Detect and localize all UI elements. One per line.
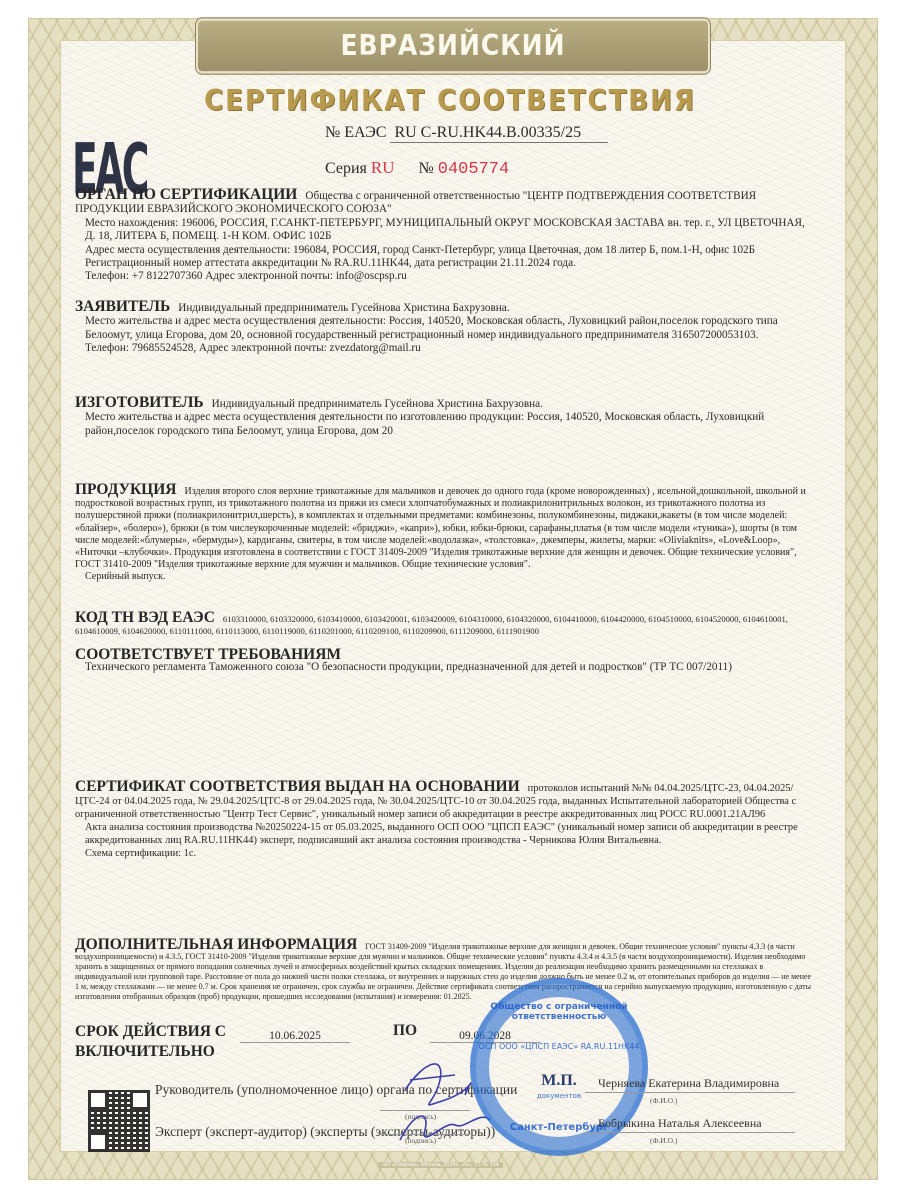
expert-name-line xyxy=(585,1132,795,1133)
certification-body-section: ОРГАН ПО СЕРТИФИКАЦИИОбщества с ограниче… xyxy=(75,188,815,284)
conformity-section: СООТВЕТСТВУЕТ ТРЕБОВАНИЯМ Технического р… xyxy=(75,648,815,675)
stamp-ring-text: Общество с ограниченной ответственностью xyxy=(476,1002,642,1022)
certification-body-accreditation: Регистрационный номер аттестата аккредит… xyxy=(75,257,815,270)
applicant-heading: ЗАЯВИТЕЛЬ xyxy=(75,298,170,315)
certificate-series: Серия RU № 0405774 xyxy=(325,158,509,179)
basis-production-analysis: Акта анализа состояния производства №202… xyxy=(75,821,815,847)
validity-date-from: 10.06.2025 xyxy=(240,1030,350,1043)
product-description: Изделия второго слоя верхние трикотажные… xyxy=(75,486,806,570)
validity-inclusive-label: ВКЛЮЧИТЕЛЬНО xyxy=(75,1042,226,1062)
applicant-section: ЗАЯВИТЕЛЬИндивидуальный предприниматель … xyxy=(75,300,815,356)
validity-period: СРОК ДЕЙСТВИЯ С ВКЛЮЧИТЕЛЬНО xyxy=(75,1022,226,1062)
expert-name-caption: (Ф.И.О.) xyxy=(650,1136,677,1145)
additional-info-section: ДОПОЛНИТЕЛЬНАЯ ИНФОРМАЦИЯГОСТ 31409-2009… xyxy=(75,940,815,1002)
head-name: Черняева Екатерина Владимировна xyxy=(598,1076,779,1091)
product-section: ПРОДУКЦИЯИзделия второго слоя верхние тр… xyxy=(75,484,815,584)
basis-section: СЕРТИФИКАТ СООТВЕТСТВИЯ ВЫДАН НА ОСНОВАН… xyxy=(75,780,815,860)
certification-body-contacts: Телефон: +7 8122707360 Адрес электронной… xyxy=(75,270,815,283)
head-name-line xyxy=(585,1092,795,1093)
hs-codes-heading: КОД ТН ВЭД ЕАЭС xyxy=(75,609,215,626)
series-label: Серия xyxy=(325,160,367,177)
product-release: Серийный выпуск. xyxy=(75,571,815,583)
blank-number-label: № xyxy=(419,160,434,177)
manufacturer-heading: ИЗГОТОВИТЕЛЬ xyxy=(75,394,204,411)
additional-info-heading: ДОПОЛНИТЕЛЬНАЯ ИНФОРМАЦИЯ xyxy=(75,936,357,953)
qr-code-icon[interactable] xyxy=(88,1090,150,1152)
manufacturer-address: Место жительства и адрес места осуществл… xyxy=(75,411,815,438)
certificate-title: СЕРТИФИКАТ СООТВЕТСТВИЯ xyxy=(0,85,900,118)
union-banner: ЕВРАЗИЙСКИЙ ЭКОНОМИЧЕСКИЙ СОЮЗ xyxy=(196,18,710,73)
certificate-number: № ЕАЭС RU C-RU.HK44.B.00335/25 xyxy=(325,124,608,143)
product-heading: ПРОДУКЦИЯ xyxy=(75,481,177,498)
applicant-address: Место жительства и адрес места осуществл… xyxy=(75,315,815,342)
conformity-text: Технического регламента Таможенного союз… xyxy=(75,661,815,674)
certification-body-heading: ОРГАН ПО СЕРТИФИКАЦИИ xyxy=(75,186,297,203)
printer-mark: АО «Опцион», Москва, 2020г., «Б», ТЗ № 3… xyxy=(378,1162,503,1168)
stamp-docs: документов xyxy=(476,1092,642,1100)
head-name-caption: (Ф.И.О.) xyxy=(650,1096,677,1105)
hs-codes-section: КОД ТН ВЭД ЕАЭС6103310000, 6103320000, 6… xyxy=(75,612,815,637)
applicant-contacts: Телефон: 79685524528, Адрес электронной … xyxy=(75,342,815,355)
certificate-number-value: RU C-RU.HK44.B.00335/25 xyxy=(390,124,608,143)
conformity-heading: СООТВЕТСТВУЕТ ТРЕБОВАНИЯМ xyxy=(75,648,807,661)
stamp-org: ОСП ООО «ЦПСП ЕАЭС» RA.RU.11HK44 xyxy=(476,1042,642,1052)
certification-body-activity-address: Адрес места осуществления деятельности: … xyxy=(75,244,815,257)
series-value: RU xyxy=(371,158,395,177)
expert-name: Бобрыкина Наталья Алексеевна xyxy=(598,1116,762,1131)
manufacturer-section: ИЗГОТОВИТЕЛЬИндивидуальный предпринимате… xyxy=(75,396,815,438)
manufacturer-name: Индивидуальный предприниматель Гусейнова… xyxy=(212,398,543,410)
basis-heading: СЕРТИФИКАТ СООТВЕТСТВИЯ ВЫДАН НА ОСНОВАН… xyxy=(75,778,520,795)
blank-number-value: 0405774 xyxy=(438,160,509,179)
certificate-number-label: № ЕАЭС xyxy=(325,124,386,141)
validity-to-label: ПО xyxy=(393,1022,417,1040)
applicant-name: Индивидуальный предприниматель Гусейнова… xyxy=(178,302,509,314)
basis-scheme: Схема сертификации: 1с. xyxy=(75,847,815,860)
certification-body-location: Место нахождения: 196006, РОССИЯ, Г.САНК… xyxy=(75,217,815,244)
validity-from-label: СРОК ДЕЙСТВИЯ С xyxy=(75,1022,226,1042)
